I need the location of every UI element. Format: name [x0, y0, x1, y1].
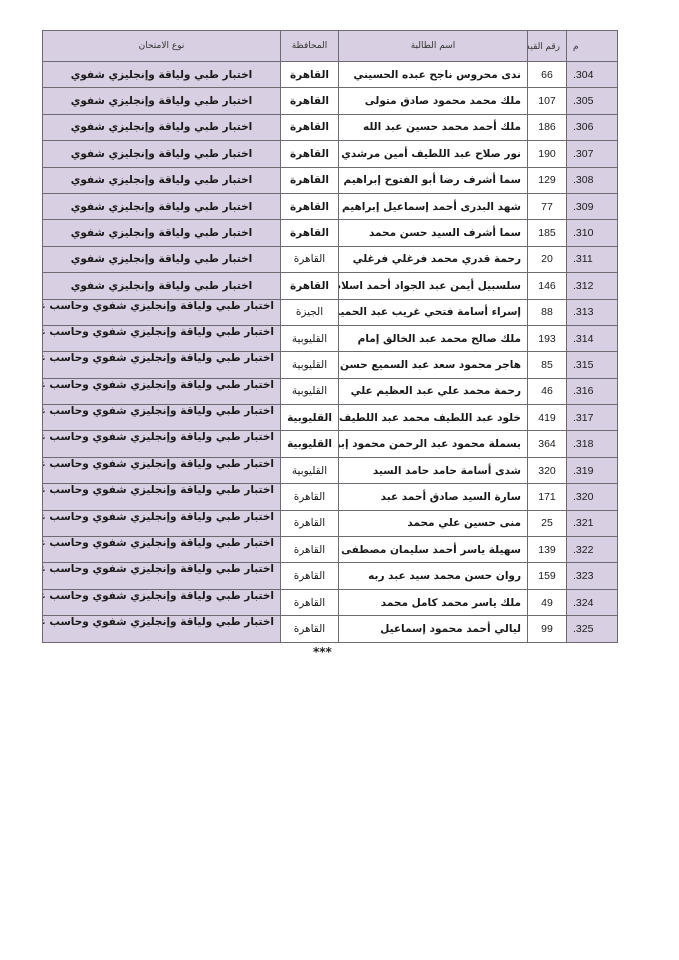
table-row: 321.25منى حسين علي محمدالقاهرةاختبار طبي… [43, 510, 618, 536]
row-name: ملك صالح محمد عبد الخالق إمام [339, 325, 528, 351]
row-num: 317. [567, 405, 618, 431]
table-row: 314.193ملك صالح محمد عبد الخالق إمامالقل… [43, 325, 618, 351]
table-row: 313.88إسراء أسامة فتحي غريب عبد الحميدال… [43, 299, 618, 325]
row-id: 193 [528, 325, 567, 351]
row-name: ملك محمد محمود صادق متولى [339, 88, 528, 114]
row-governorate: القاهرة [281, 510, 339, 536]
row-id: 49 [528, 589, 567, 615]
row-num: 310. [567, 220, 618, 246]
row-id: 25 [528, 510, 567, 536]
table-row: 317.419خلود عبد اللطيف محمد عبد اللطيف ز… [43, 405, 618, 431]
row-id: 20 [528, 246, 567, 272]
table-row: 309.77شهد البدرى أحمد إسماعيل إبراهيمالق… [43, 193, 618, 219]
row-num: 316. [567, 378, 618, 404]
row-exam-type: اختبار طبي ولياقة وإنجليزي شفوي وحاسب عم… [43, 299, 281, 325]
row-governorate: القليوبية [281, 457, 339, 483]
table-row: 325.99ليالي أحمد محمود إسماعيلالقاهرةاخت… [43, 616, 618, 642]
row-exam-type: اختبار طبي ولياقة وإنجليزي شفوي وحاسب عم… [43, 563, 281, 589]
table-row: 322.139سهيلة ياسر أحمد سليمان مصطفىالقاه… [43, 537, 618, 563]
row-name: بسملة محمود عبد الرحمن محمود إبراهيم [339, 431, 528, 457]
row-exam-type: اختبار طبي ولياقة وإنجليزي شفوي [43, 167, 281, 193]
row-exam-type: اختبار طبي ولياقة وإنجليزي شفوي وحاسب عم… [43, 616, 281, 642]
row-governorate: الجيزة [281, 299, 339, 325]
row-governorate: القاهرة [281, 88, 339, 114]
row-num: 314. [567, 325, 618, 351]
row-name: سلسبيل أيمن عبد الجواد أحمد اسلام [339, 273, 528, 299]
row-name: سارة السيد صادق أحمد عبد [339, 484, 528, 510]
row-governorate: القاهرة [281, 589, 339, 615]
row-exam-type: اختبار طبي ولياقة وإنجليزي شفوي [43, 114, 281, 140]
row-num: 318. [567, 431, 618, 457]
row-name: ندى محروس ناجح عبده الحسيني [339, 62, 528, 88]
row-name: هاجر محمود سعد عبد السميع حسن [339, 352, 528, 378]
row-num: 325. [567, 616, 618, 642]
table-header-row: م رقم القيد اسم الطالبة المحافظة نوع الا… [43, 31, 618, 62]
table-row: 306.186ملك أحمد محمد حسين عبد اللهالقاهر… [43, 114, 618, 140]
table-row: 323.159روان حسن محمد سيد عبد ربهالقاهرةا… [43, 563, 618, 589]
table-row: 310.185سما أشرف السيد حسن محمدالقاهرةاخت… [43, 220, 618, 246]
row-name: رحمة قدري محمد فرغلي فرغلي [339, 246, 528, 272]
table-body: 304.66ندى محروس ناجح عبده الحسينيالقاهرة… [43, 62, 618, 643]
row-num: 307. [567, 141, 618, 167]
row-num: 311. [567, 246, 618, 272]
row-num: 308. [567, 167, 618, 193]
row-name: سما أشرف رضا أبو الفتوح إبراهيم [339, 167, 528, 193]
row-id: 107 [528, 88, 567, 114]
row-exam-type: اختبار طبي ولياقة وإنجليزي شفوي وحاسب عم… [43, 457, 281, 483]
row-governorate: القاهرة [281, 273, 339, 299]
document-page: م رقم القيد اسم الطالبة المحافظة نوع الا… [0, 0, 679, 960]
row-id: 190 [528, 141, 567, 167]
row-name: إسراء أسامة فتحي غريب عبد الحميد [339, 299, 528, 325]
row-num: 319. [567, 457, 618, 483]
row-name: ملك ياسر محمد كامل محمد [339, 589, 528, 615]
header-governorate: المحافظة [281, 31, 339, 62]
row-exam-type: اختبار طبي ولياقة وإنجليزي شفوي [43, 220, 281, 246]
row-id: 159 [528, 563, 567, 589]
table-row: 308.129سما أشرف رضا أبو الفتوح إبراهيمال… [43, 167, 618, 193]
row-num: 324. [567, 589, 618, 615]
row-exam-type: اختبار طبي ولياقة وإنجليزي شفوي وحاسب عم… [43, 431, 281, 457]
row-governorate: القليوبية [281, 352, 339, 378]
row-name: شدى أسامة حامد حامد السيد [339, 457, 528, 483]
students-table: م رقم القيد اسم الطالبة المحافظة نوع الا… [42, 30, 618, 643]
row-id: 185 [528, 220, 567, 246]
header-name: اسم الطالبة [339, 31, 528, 62]
row-id: 171 [528, 484, 567, 510]
table-row: 307.190نور صلاح عبد اللطيف أمين مرشديالق… [43, 141, 618, 167]
row-id: 419 [528, 405, 567, 431]
row-exam-type: اختبار طبي ولياقة وإنجليزي شفوي [43, 246, 281, 272]
row-num: 321. [567, 510, 618, 536]
row-governorate: القاهرة [281, 616, 339, 642]
row-exam-type: اختبار طبي ولياقة وإنجليزي شفوي [43, 141, 281, 167]
row-name: ملك أحمد محمد حسين عبد الله [339, 114, 528, 140]
row-num: 322. [567, 537, 618, 563]
row-exam-type: اختبار طبي ولياقة وإنجليزي شفوي [43, 193, 281, 219]
table-row: 304.66ندى محروس ناجح عبده الحسينيالقاهرة… [43, 62, 618, 88]
table-row: 319.320شدى أسامة حامد حامد السيدالقليوبي… [43, 457, 618, 483]
row-governorate: القاهرة [281, 220, 339, 246]
row-id: 66 [528, 62, 567, 88]
row-num: 305. [567, 88, 618, 114]
row-governorate: القاهرة [281, 537, 339, 563]
row-id: 364 [528, 431, 567, 457]
row-id: 146 [528, 273, 567, 299]
row-num: 309. [567, 193, 618, 219]
row-name: سهيلة ياسر أحمد سليمان مصطفى [339, 537, 528, 563]
row-num: 320. [567, 484, 618, 510]
row-id: 139 [528, 537, 567, 563]
row-id: 186 [528, 114, 567, 140]
row-exam-type: اختبار طبي ولياقة وإنجليزي شفوي [43, 88, 281, 114]
row-governorate: القاهرة [281, 62, 339, 88]
row-governorate: القاهرة [281, 484, 339, 510]
row-id: 46 [528, 378, 567, 404]
row-name: روان حسن محمد سيد عبد ربه [339, 563, 528, 589]
row-exam-type: اختبار طبي ولياقة وإنجليزي شفوي [43, 62, 281, 88]
table-row: 312.146سلسبيل أيمن عبد الجواد أحمد اسلام… [43, 273, 618, 299]
row-governorate: القليوبية [281, 378, 339, 404]
table-row: 324.49ملك ياسر محمد كامل محمدالقاهرةاختب… [43, 589, 618, 615]
row-id: 129 [528, 167, 567, 193]
row-governorate: القاهرة [281, 193, 339, 219]
row-governorate: القاهرة [281, 563, 339, 589]
row-governorate: القليوبية [281, 325, 339, 351]
row-governorate: القاهرة [281, 246, 339, 272]
row-num: 312. [567, 273, 618, 299]
row-id: 88 [528, 299, 567, 325]
row-name: نور صلاح عبد اللطيف أمين مرشدي [339, 141, 528, 167]
row-exam-type: اختبار طبي ولياقة وإنجليزي شفوي وحاسب عم… [43, 378, 281, 404]
row-num: 315. [567, 352, 618, 378]
header-num: م [567, 31, 618, 62]
row-exam-type: اختبار طبي ولياقة وإنجليزي شفوي وحاسب عم… [43, 510, 281, 536]
row-exam-type: اختبار طبي ولياقة وإنجليزي شفوي [43, 273, 281, 299]
row-num: 304. [567, 62, 618, 88]
row-name: شهد البدرى أحمد إسماعيل إبراهيم [339, 193, 528, 219]
row-num: 323. [567, 563, 618, 589]
row-exam-type: اختبار طبي ولياقة وإنجليزي شفوي وحاسب عم… [43, 537, 281, 563]
row-id: 85 [528, 352, 567, 378]
header-exam-type: نوع الامتحان [43, 31, 281, 62]
table-row: 320.171سارة السيد صادق أحمد عبدالقاهرةاخ… [43, 484, 618, 510]
row-name: رحمة محمد علي عبد العظيم علي [339, 378, 528, 404]
row-name: سما أشرف السيد حسن محمد [339, 220, 528, 246]
row-exam-type: اختبار طبي ولياقة وإنجليزي شفوي وحاسب عم… [43, 325, 281, 351]
row-name: خلود عبد اللطيف محمد عبد اللطيف زعقوق [339, 405, 528, 431]
table-row: 305.107ملك محمد محمود صادق متولىالقاهرةا… [43, 88, 618, 114]
row-id: 320 [528, 457, 567, 483]
row-exam-type: اختبار طبي ولياقة وإنجليزي شفوي وحاسب عم… [43, 484, 281, 510]
row-num: 313. [567, 299, 618, 325]
row-governorate: القاهرة [281, 114, 339, 140]
row-id: 99 [528, 616, 567, 642]
table-row: 318.364بسملة محمود عبد الرحمن محمود إبرا… [43, 431, 618, 457]
row-exam-type: اختبار طبي ولياقة وإنجليزي شفوي وحاسب عم… [43, 405, 281, 431]
row-id: 77 [528, 193, 567, 219]
table-row: 311.20رحمة قدري محمد فرغلي فرغليالقاهرةا… [43, 246, 618, 272]
row-exam-type: اختبار طبي ولياقة وإنجليزي شفوي وحاسب عم… [43, 589, 281, 615]
table-row: 315.85هاجر محمود سعد عبد السميع حسنالقلي… [43, 352, 618, 378]
row-name: منى حسين علي محمد [339, 510, 528, 536]
table-row: 316.46رحمة محمد علي عبد العظيم عليالقليو… [43, 378, 618, 404]
row-governorate: القليوبية [281, 431, 339, 457]
end-marker: *** [313, 645, 332, 659]
row-num: 306. [567, 114, 618, 140]
header-id: رقم القيد [528, 31, 567, 62]
row-governorate: القاهرة [281, 141, 339, 167]
row-name: ليالي أحمد محمود إسماعيل [339, 616, 528, 642]
row-exam-type: اختبار طبي ولياقة وإنجليزي شفوي وحاسب عم… [43, 352, 281, 378]
row-governorate: القليوبية [281, 405, 339, 431]
row-governorate: القاهرة [281, 167, 339, 193]
